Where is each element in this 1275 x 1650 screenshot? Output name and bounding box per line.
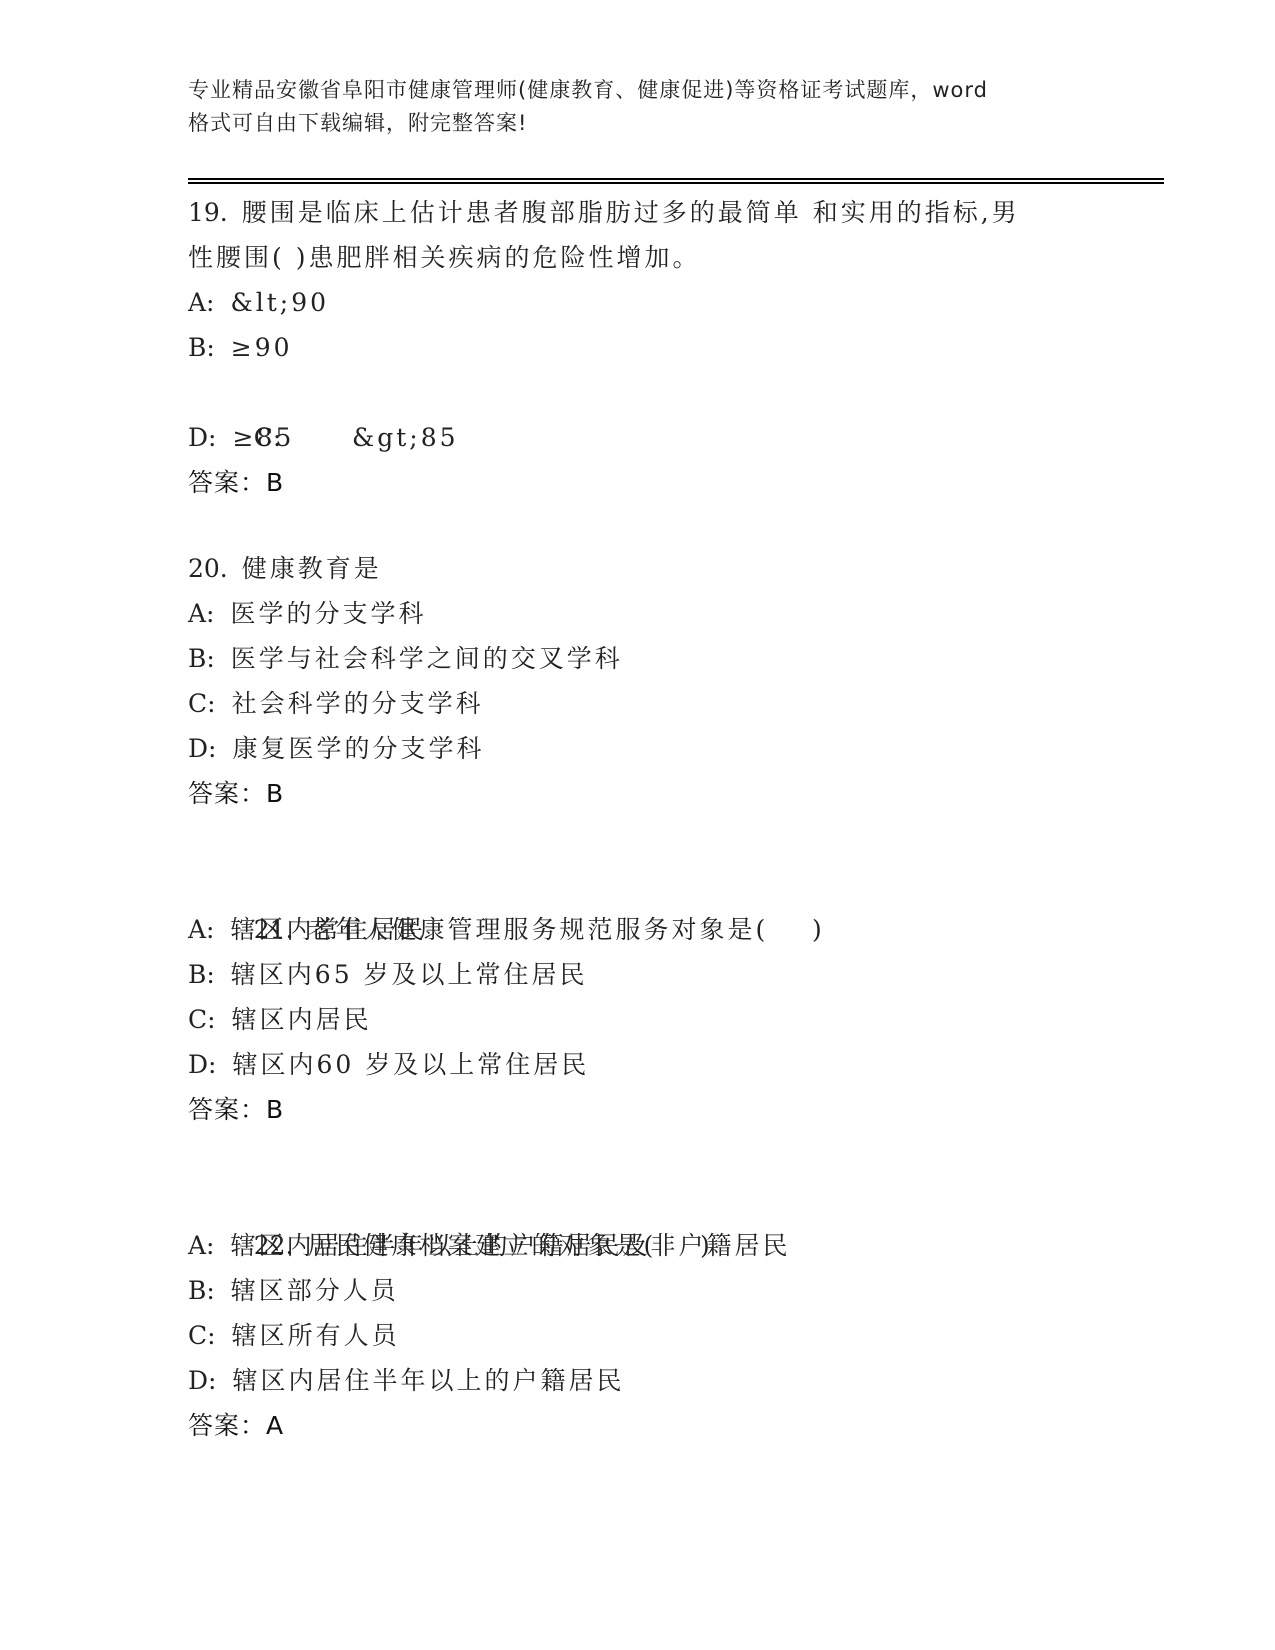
question-21: 21.老年人健康管理服务规范服务对象是( ) A:辖区内常住居民 B:辖区内65… [188,862,1164,1132]
option-text: 辖区所有人员 [232,1321,400,1350]
option-label: D: [188,423,216,452]
option-label: B: [188,960,215,989]
document-header: 专业精品安徽省阜阳市健康管理师(健康教育、健康促进)等资格证考试题库，word … [188,74,1164,140]
option-label: A: [188,288,214,317]
option-label: A: [188,599,214,628]
option-label: B: [188,333,215,362]
option-c: C:辖区内居民 [188,997,1164,1042]
header-line-2: 格式可自由下载编辑，附完整答案! [188,107,1164,140]
option-text: 辖区内常住居民 [230,915,426,944]
question-19: 19.腰围是临床上估计患者腹部脂肪过多的最简单 和实用的指标,男 性腰围( )患… [188,190,1164,505]
question-stem: 21.老年人健康管理服务规范服务对象是( ) [188,862,1164,907]
question-stem-text: 腰围是临床上估计患者腹部脂肪过多的最简单 和实用的指标,男 [242,198,1020,227]
option-label: B: [188,1276,215,1305]
option-text: 辖区内居住半年以上的户籍居民 [232,1366,624,1395]
question-22: 22.居民健康档案建立的对象是( ) A:辖区内居住半年以上的户籍居民及非户籍居… [188,1178,1164,1448]
option-b: B:医学与社会科学之间的交叉学科 [188,636,1164,681]
answer-line: 答案：A [188,1403,1164,1448]
question-stem-continued: 性腰围( )患肥胖相关疾病的危险性增加。 [188,235,1164,280]
option-b: B:辖区部分人员 [188,1268,1164,1313]
header-line-1: 专业精品安徽省阜阳市健康管理师(健康教育、健康促进)等资格证考试题库，word [188,74,1164,107]
option-b: B:≥90 [188,325,1164,370]
question-stem-text: 健康教育是 [242,554,382,583]
option-d: D:辖区内居住半年以上的户籍居民 [188,1358,1164,1403]
option-label: D: [188,1050,216,1079]
question-number: 19. [188,198,228,227]
option-label: A: [188,915,214,944]
answer-line: 答案：B [188,771,1164,816]
option-text: 辖区内居住半年以上的户籍居民及非户籍居民 [230,1231,790,1260]
option-label: C: [188,1321,216,1350]
option-label: C: [188,689,216,718]
option-label: A: [188,1231,214,1260]
question-stem: 22.居民健康档案建立的对象是( ) [188,1178,1164,1223]
option-d: D:康复医学的分支学科 [188,726,1164,771]
option-a: A:医学的分支学科 [188,591,1164,636]
option-d: D:辖区内60 岁及以上常住居民 [188,1042,1164,1087]
option-a: A:&lt;90 [188,280,1164,325]
option-text: 医学的分支学科 [230,599,426,628]
option-text: &gt;85 [297,423,458,452]
option-label: D: [188,734,216,763]
question-stem: 20.健康教育是 [188,546,1164,591]
option-label: B: [188,644,215,673]
option-text: 康复医学的分支学科 [232,734,484,763]
option-b: B:辖区内65 岁及以上常住居民 [188,952,1164,997]
header-divider [188,178,1164,184]
option-label: C: [188,1005,216,1034]
option-text: ≥90 [231,333,293,362]
question-stem: 19.腰围是临床上估计患者腹部脂肪过多的最简单 和实用的指标,男 [188,190,1164,235]
option-text: 医学与社会科学之间的交叉学科 [231,644,623,673]
option-c: C: &gt;85 [188,370,1164,415]
option-text: 社会科学的分支学科 [232,689,484,718]
option-a: A:辖区内居住半年以上的户籍居民及非户籍居民 [188,1223,1164,1268]
answer-line: 答案：B [188,1087,1164,1132]
option-label: D: [188,1366,216,1395]
answer-line: 答案：B [188,460,1164,505]
option-text: 辖区内居民 [232,1005,372,1034]
option-c: C:社会科学的分支学科 [188,681,1164,726]
option-text: 辖区部分人员 [231,1276,399,1305]
question-number: 20. [188,554,228,583]
question-20: 20.健康教育是 A:医学的分支学科 B:医学与社会科学之间的交叉学科 C:社会… [188,546,1164,816]
option-text: ≥85 [232,423,294,452]
option-text: 辖区内60 岁及以上常住居民 [232,1050,589,1079]
option-text: &lt;90 [230,288,329,317]
option-text: 辖区内65 岁及以上常住居民 [231,960,588,989]
option-c: C:辖区所有人员 [188,1313,1164,1358]
